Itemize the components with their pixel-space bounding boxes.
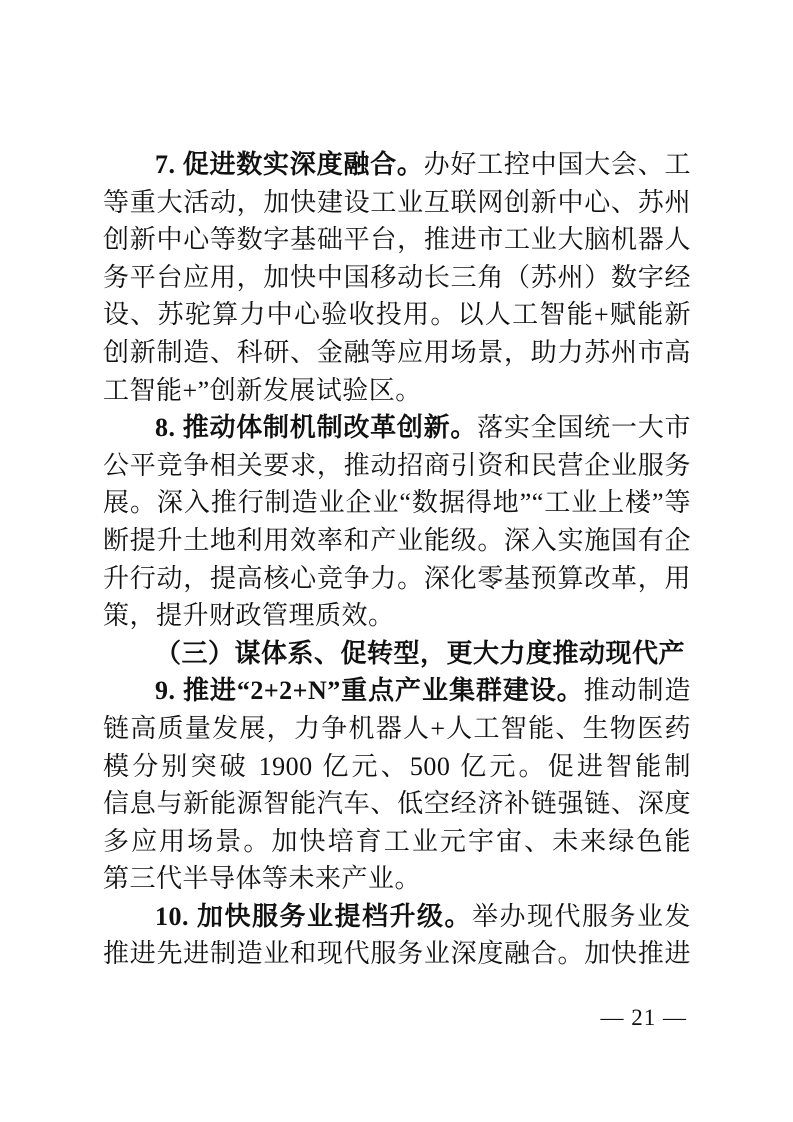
- paragraph-lead: 7. 促进数实深度融合。: [155, 150, 424, 179]
- text-line: 模分别突破 1900 亿元、500 亿元。促进智能制造、新能源、电子: [103, 748, 691, 786]
- paragraph-lead: 10. 加快服务业提档升级。: [155, 902, 472, 931]
- paragraph-text: 务平台应用，加快中国移动长三角（苏州）数字经济创新中心建: [103, 263, 691, 297]
- paragraph-text: 信息与新能源智能汽车、低空经济补链强链、深度融合，开拓更: [103, 789, 691, 823]
- text-line: 7. 促进数实深度融合。办好工控中国大会、工业互联网大会: [103, 146, 691, 184]
- paragraph-text: 策，提升财政管理质效。: [103, 601, 395, 630]
- text-line: 链高质量发展，力争机器人+人工智能、生物医药+大健康产业规: [103, 710, 691, 748]
- text-line: 信息与新能源智能汽车、低空经济补链强链、深度融合，开拓更: [103, 785, 691, 823]
- text-line: 工智能+”创新发展试验区。: [103, 372, 691, 410]
- paragraph-text: 创新中心等数字基础平台，推进市工业大脑机器人产业链综合服: [103, 225, 691, 259]
- paragraph-lead: （三）谋体系、促转型，更大力度推动现代产业协同发力: [103, 639, 685, 673]
- text-line: 展。深入推行制造业企业“数据得地”“工业上楼”等新模式，不: [103, 484, 691, 522]
- text-line: 设、苏驼算力中心验收投用。以人工智能+赋能新型工业化，融合: [103, 296, 691, 334]
- paragraph-text: 多应用场景。加快培育工业元宇宙、未来绿色能源、前沿新材料、: [103, 827, 691, 861]
- text-line: 10. 加快服务业提档升级。举办现代服务业发展大会，全力: [103, 898, 691, 936]
- paragraph-lead: 9. 推进“2+2+N”重点产业集群建设。: [155, 676, 584, 705]
- text-line: 务平台应用，加快中国移动长三角（苏州）数字经济创新中心建: [103, 259, 691, 297]
- paragraph-text: 模分别突破 1900 亿元、500 亿元。促进智能制造、新能源、电子: [103, 752, 691, 786]
- paragraph-text: 升行动，提高核心竞争力。深化零基预算改革，用好财政增量政: [103, 564, 691, 598]
- paragraph-text: 工智能+”创新发展试验区。: [103, 376, 422, 405]
- section-heading: （三）谋体系、促转型，更大力度推动现代产业协同发力: [103, 635, 691, 673]
- text-line: 8. 推动体制机制改革创新。落实全国统一大市场及市场主体: [103, 409, 691, 447]
- text-line: 公平竞争相关要求，推动招商引资和民营企业服务实现高质量发: [103, 447, 691, 485]
- paragraph-lead: 8. 推动体制机制改革创新。: [155, 413, 477, 442]
- paragraph-text: 断提升土地利用效率和产业能级。深入实施国有企业改革深化提: [103, 526, 691, 560]
- text-line: 等重大活动，加快建设工业互联网创新中心、苏州工业软件应用: [103, 184, 691, 222]
- text-line: 断提升土地利用效率和产业能级。深入实施国有企业改革深化提: [103, 522, 691, 560]
- text-line: 推进先进制造业和现代服务业深度融合。加快推进生产性服务业: [103, 935, 691, 973]
- text-line: 9. 推进“2+2+N”重点产业集群建设。推动制造业重点产业: [103, 672, 691, 710]
- document-page: 7. 促进数实深度融合。办好工控中国大会、工业互联网大会等重大活动，加快建设工业…: [0, 0, 793, 1122]
- text-line: 多应用场景。加快培育工业元宇宙、未来绿色能源、前沿新材料、: [103, 823, 691, 861]
- paragraph-text: 创新制造、科研、金融等应用场景，助力苏州市高水平建设“人: [103, 338, 691, 372]
- text-line: 创新制造、科研、金融等应用场景，助力苏州市高水平建设“人: [103, 334, 691, 372]
- text-line: 策，提升财政管理质效。: [103, 597, 691, 635]
- paragraph-text: 公平竞争相关要求，推动招商引资和民营企业服务实现高质量发: [103, 451, 691, 485]
- paragraph-text: 展。深入推行制造业企业“数据得地”“工业上楼”等新模式，不: [103, 488, 691, 522]
- text-line: 第三代半导体等未来产业。: [103, 860, 691, 898]
- paragraph-text: 等重大活动，加快建设工业互联网创新中心、苏州工业软件应用: [103, 188, 691, 222]
- text-line: 创新中心等数字基础平台，推进市工业大脑机器人产业链综合服: [103, 221, 691, 259]
- text-line: 升行动，提高核心竞争力。深化零基预算改革，用好财政增量政: [103, 560, 691, 598]
- paragraph-text: 推进先进制造业和现代服务业深度融合。加快推进生产性服务业: [103, 939, 691, 973]
- paragraph-text: 第三代半导体等未来产业。: [103, 864, 421, 893]
- page-number: — 21 —: [601, 1003, 688, 1033]
- paragraph-text: 设、苏驼算力中心验收投用。以人工智能+赋能新型工业化，融合: [103, 300, 691, 334]
- paragraph-text: 链高质量发展，力争机器人+人工智能、生物医药+大健康产业规: [103, 714, 691, 748]
- document-body: 7. 促进数实深度融合。办好工控中国大会、工业互联网大会等重大活动，加快建设工业…: [103, 146, 691, 973]
